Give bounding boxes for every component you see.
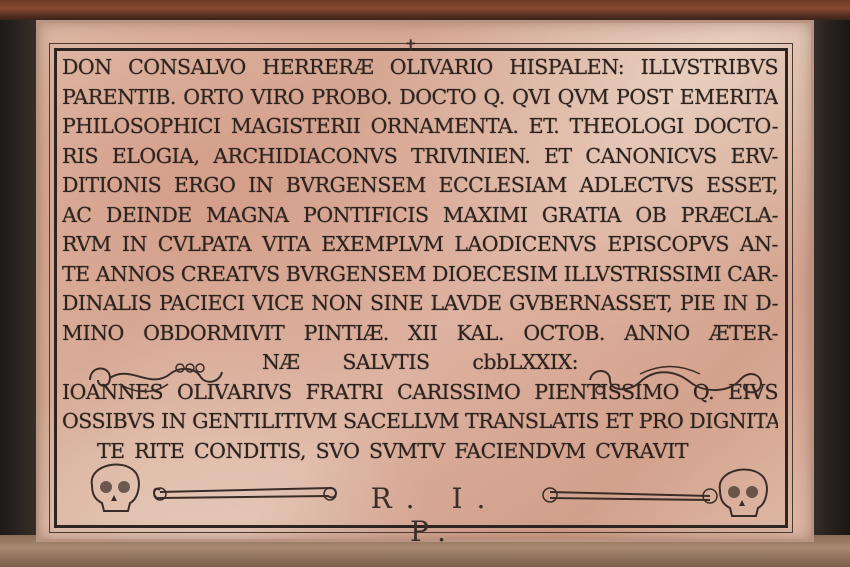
inscription-line: DITIONIS ERGO IN BVRGENSEM ECCLESIAM ADL…	[62, 171, 778, 201]
inscription-line: PHILOSOPHICI MAGISTERII ORNAMENTA. ET. T…	[62, 112, 778, 142]
top-molding	[0, 0, 850, 20]
bone-icon	[540, 482, 720, 508]
inscription-text: DON CONSALVO HERRERÆ OLIVARIO HISPALEN: …	[62, 53, 778, 466]
scroll-ornament-icon	[580, 362, 770, 400]
rip-text: R. I. P.	[360, 482, 510, 548]
skull-icon	[84, 455, 142, 515]
inscription-line: AC DEINDE MAGNA PONTIFICIS MAXIMI GRATIA…	[62, 201, 778, 231]
scroll-ornament-icon	[80, 360, 230, 398]
inscription-line: RIS ELOGIA, ARCHIDIACONVS TRIVINIEN. ET …	[62, 142, 778, 172]
inscription-line: TE RITE CONDITIS, SVO SVMTV FACIENDVM CV…	[62, 437, 778, 467]
inscription-line: DINALIS PACIECI VICE NON SINE LAVDE GVBE…	[62, 289, 778, 319]
cross-icon: ✝	[404, 38, 417, 54]
skull-icon	[712, 460, 770, 520]
inscription-line: OSSIBVS IN GENTILITIVM SACELLVM TRANSLAT…	[62, 407, 778, 437]
bone-icon	[150, 482, 340, 508]
inscription-line: DON CONSALVO HERRERÆ OLIVARIO HISPALEN: …	[62, 53, 778, 83]
inscription-line: MINO OBDORMIVIT PINTIÆ. XII KAL. OCTOB. …	[62, 319, 778, 349]
inscription-line: PARENTIB. ORTO VIRO PROBO. DOCTO Q. QVI …	[62, 83, 778, 113]
right-wall	[810, 20, 850, 550]
inscription-line: TE ANNOS CREATVS BVRGENSEM DIOECESIM ILL…	[62, 260, 778, 290]
inscription-line: RVM IN CVLPATA VITA EXEMPLVM LAODICENVS …	[62, 230, 778, 260]
